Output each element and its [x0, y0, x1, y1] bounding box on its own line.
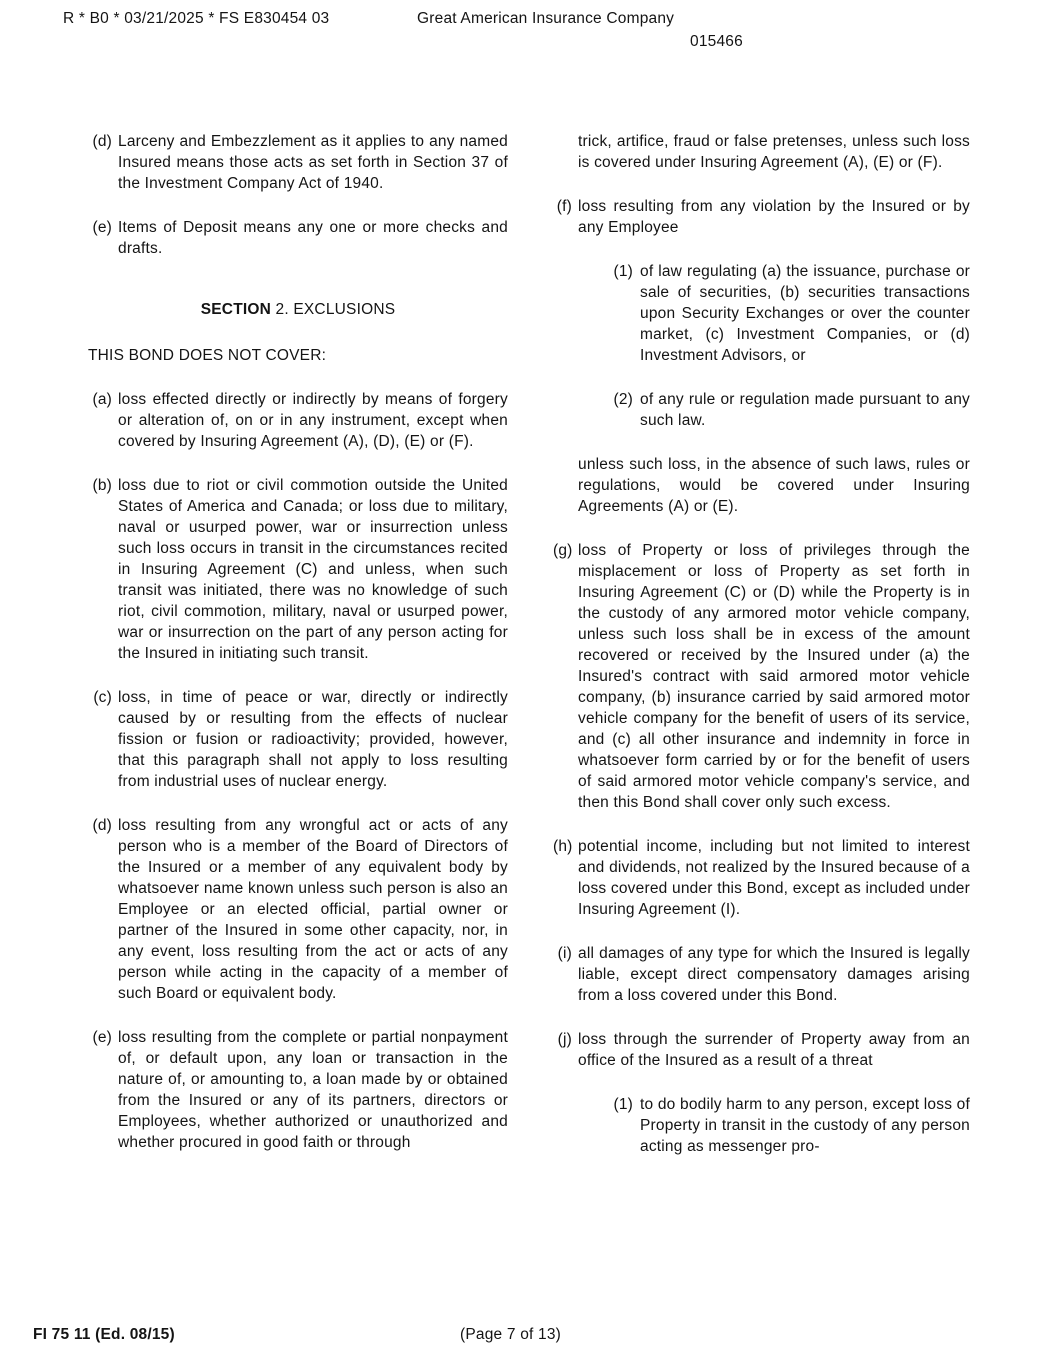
- header-company-name: Great American Insurance Company: [417, 8, 674, 29]
- clause-label: (e): [88, 1027, 112, 1048]
- clause-text: loss through the surrender of Property a…: [578, 1031, 970, 1069]
- definition-item-d: (d) Larceny and Embezzlement as it appli…: [88, 131, 508, 194]
- header-code: R * B0 * 03/21/2025 * FS E830454 03: [63, 8, 329, 29]
- clause-text: Items of Deposit means any one or more c…: [118, 219, 508, 257]
- clause-label: (i): [553, 943, 572, 964]
- subclause-text: of law regulating (a) the issuance, purc…: [640, 263, 970, 364]
- clause-text: Larceny and Embezzlement as it applies t…: [118, 133, 508, 192]
- clause-text: potential income, including but not limi…: [578, 838, 970, 918]
- clause-label: (c): [88, 687, 112, 708]
- exclusion-item-j1: (1) to do bodily harm to any person, exc…: [553, 1094, 970, 1157]
- clause-text: loss due to riot or civil commotion outs…: [118, 477, 508, 662]
- clause-label: (h): [553, 836, 572, 857]
- clause-label: (g): [553, 540, 572, 561]
- clause-label: (d): [88, 815, 112, 836]
- clause-text: loss resulting from any wrongful act or …: [118, 817, 508, 1002]
- subclause-label: (2): [603, 389, 633, 410]
- exclusion-item-j: (j) loss through the surrender of Proper…: [553, 1029, 970, 1071]
- clause-text: loss, in time of peace or war, directly …: [118, 689, 508, 790]
- exclusion-item-c: (c) loss, in time of peace or war, direc…: [88, 687, 508, 792]
- clause-label: (j): [553, 1029, 572, 1050]
- right-column: trick, artifice, fraud or false pretense…: [553, 131, 970, 1157]
- header-document-number: 015466: [690, 31, 743, 52]
- exclusions-intro: THIS BOND DOES NOT COVER:: [88, 345, 508, 366]
- clause-label: (e): [88, 217, 112, 238]
- definition-item-e: (e) Items of Deposit means any one or mo…: [88, 217, 508, 259]
- continuation-paragraph: trick, artifice, fraud or false pretense…: [553, 131, 970, 173]
- footer-form-number: FI 75 11 (Ed. 08/15): [33, 1324, 175, 1345]
- clause-text: loss effected directly or indirectly by …: [118, 391, 508, 450]
- section-heading-word: SECTION: [201, 301, 271, 318]
- exclusion-item-f2: (2) of any rule or regulation made pursu…: [553, 389, 970, 431]
- clause-text: loss resulting from the complete or part…: [118, 1029, 508, 1151]
- clause-text: loss of Property or loss of privileges t…: [578, 542, 970, 811]
- clause-text: all damages of any type for which the In…: [578, 945, 970, 1004]
- subclause-text: to do bodily harm to any person, except …: [640, 1096, 970, 1155]
- subclause-label: (1): [603, 261, 633, 282]
- exclusion-item-f: (f) loss resulting from any violation by…: [553, 196, 970, 238]
- exclusion-item-g: (g) loss of Property or loss of privileg…: [553, 540, 970, 813]
- clause-label: (a): [88, 389, 112, 410]
- exclusion-item-h: (h) potential income, including but not …: [553, 836, 970, 920]
- clause-label: (d): [88, 131, 112, 152]
- clause-label: (b): [88, 475, 112, 496]
- exclusion-item-b: (b) loss due to riot or civil commotion …: [88, 475, 508, 664]
- exclusion-item-e: (e) loss resulting from the complete or …: [88, 1027, 508, 1153]
- section-heading-rest: 2. EXCLUSIONS: [271, 301, 395, 318]
- section-heading: SECTION 2. EXCLUSIONS: [88, 299, 508, 320]
- exclusion-item-a: (a) loss effected directly or indirectly…: [88, 389, 508, 452]
- subclause-text: of any rule or regulation made pursuant …: [640, 391, 970, 429]
- subclause-label: (1): [603, 1094, 633, 1115]
- exclusion-item-d: (d) loss resulting from any wrongful act…: [88, 815, 508, 1004]
- exclusion-item-i: (i) all damages of any type for which th…: [553, 943, 970, 1006]
- clause-text: loss resulting from any violation by the…: [578, 198, 970, 236]
- clause-label: (f): [553, 196, 572, 217]
- left-column: (d) Larceny and Embezzlement as it appli…: [88, 131, 508, 1153]
- footer-page-number: (Page 7 of 13): [460, 1324, 561, 1345]
- exclusion-item-f1: (1) of law regulating (a) the issuance, …: [553, 261, 970, 366]
- document-page: R * B0 * 03/21/2025 * FS E830454 03 Grea…: [0, 0, 1055, 1365]
- exclusion-item-f-trailing: unless such loss, in the absence of such…: [553, 454, 970, 517]
